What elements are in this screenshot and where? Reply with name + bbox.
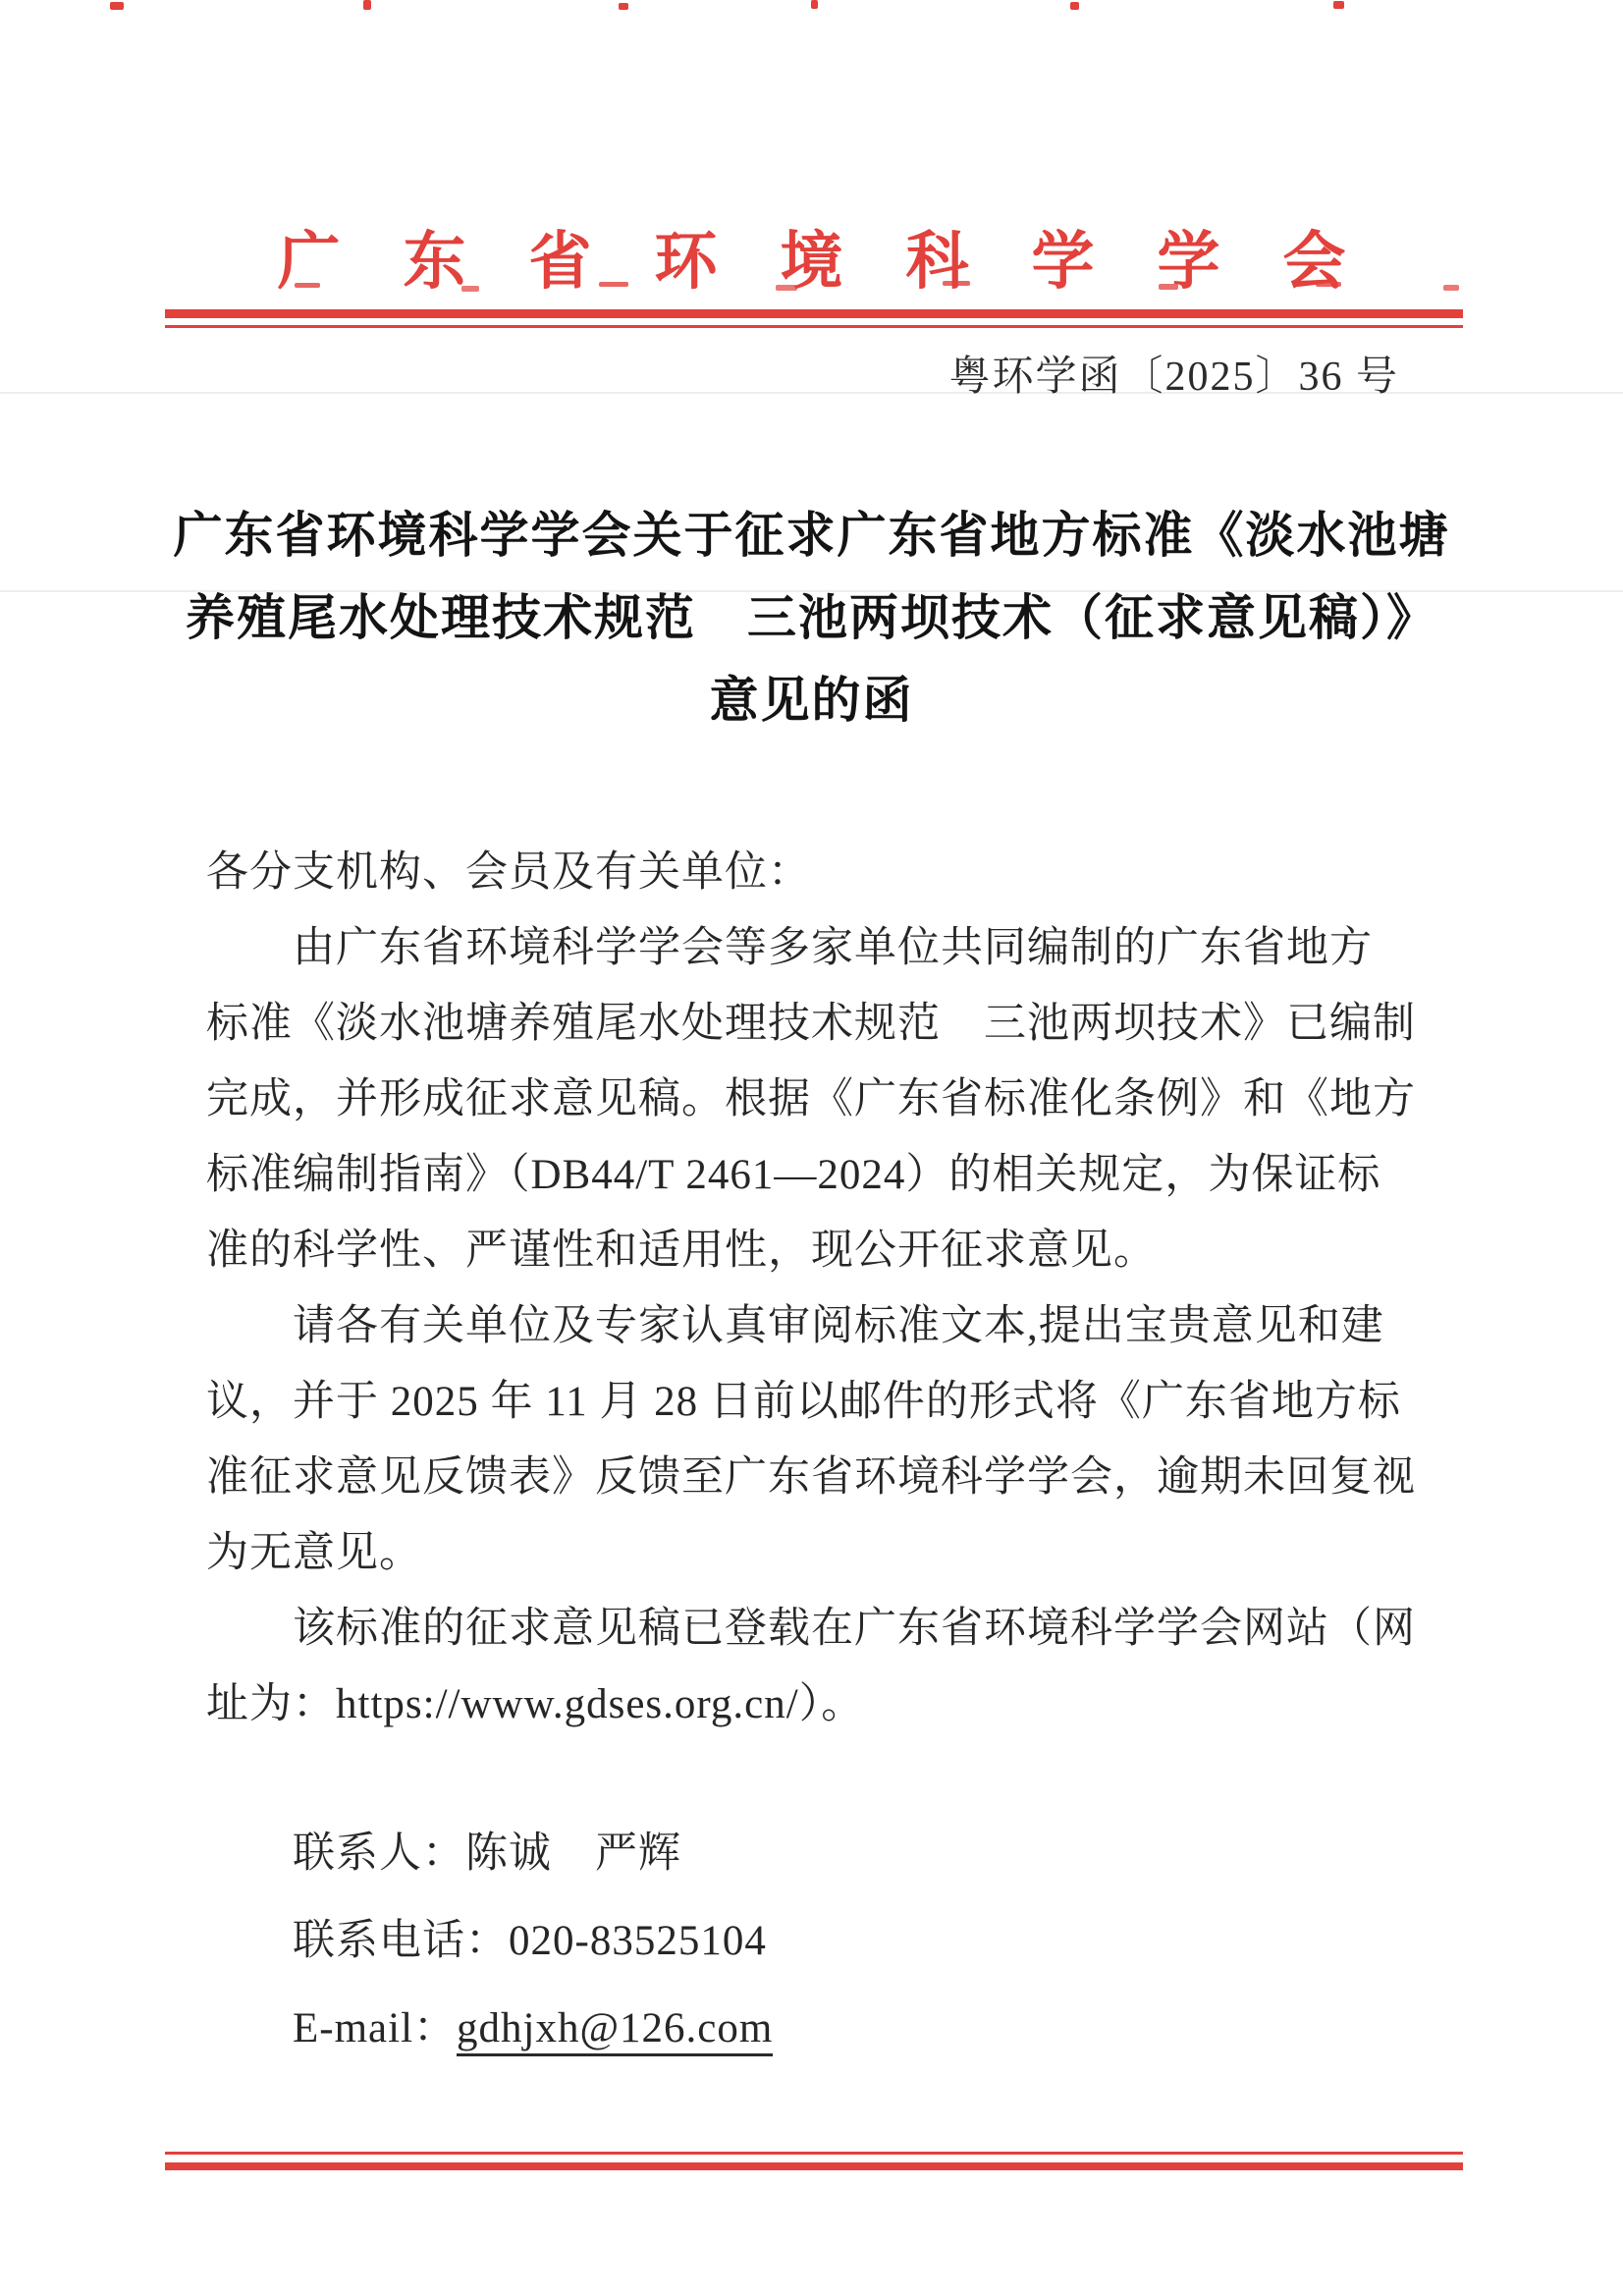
contact-email-line: E-mail：gdhjxh@126.com (293, 1985, 773, 2072)
contact-phone-line: 联系电话：020-83525104 (293, 1897, 773, 1985)
scan-artifact (1333, 1, 1344, 9)
body-line: 准征求意见反馈表》反馈至广东省环境科学学会，逾期未回复视 (206, 1440, 1424, 1515)
doc-number: 粤环学函〔2025〕36 号 (948, 344, 1399, 403)
header-rule-thick (165, 309, 1463, 318)
body-line: 标准《淡水池塘养殖尾水处理技术规范 三池两坝技术》已编制 (206, 986, 1424, 1062)
scanned-letter-page: { "document": { "org_title": "广东省环境科学学会"… (0, 0, 1623, 2296)
body-line: 完成，并形成征求意见稿。根据《广东省标准化条例》和《地方 (206, 1062, 1424, 1137)
scan-artifact (811, 0, 818, 9)
subject-line-1: 广东省环境科学学会关于征求广东省地方标准《淡水池塘 (0, 494, 1623, 576)
body-line: 议，并于 2025 年 11 月 28 日前以邮件的形式将《广东省地方标 (206, 1364, 1424, 1440)
contact-block: 联系人：陈诚 严辉 联系电话：020-83525104 E-mail：gdhjx… (293, 1810, 773, 2072)
body-line: 标准编制指南》（DB44/T 2461—2024）的相关规定，为保证标 (206, 1137, 1424, 1213)
body-line: 为无意见。 (206, 1515, 1424, 1591)
subject-title: 广东省环境科学学会关于征求广东省地方标准《淡水池塘 养殖尾水处理技术规范 三池两… (0, 494, 1623, 741)
email-address: gdhjxh@126.com (457, 2005, 773, 2056)
scan-artifact (1070, 2, 1079, 10)
org-title: 广东省环境科学学会 (0, 211, 1623, 301)
scan-artifact (363, 0, 371, 10)
footer-rule (165, 2152, 1463, 2170)
subject-line-3: 意见的函 (0, 659, 1623, 741)
header-rule (165, 309, 1463, 328)
body-line: 准的科学性、严谨性和适用性，现公开征求意见。 (206, 1213, 1424, 1288)
contact-person-line: 联系人：陈诚 严辉 (293, 1810, 773, 1897)
body-line: 该标准的征求意见稿已登载在广东省环境科学学会网站（网 (206, 1591, 1424, 1667)
scan-artifact (619, 3, 628, 10)
header-rule-thin (165, 325, 1463, 328)
body-line: 址为：https://www.gdses.org.cn/）。 (206, 1667, 1424, 1742)
email-label: E-mail： (293, 2005, 457, 2051)
body-line: 由广东省环境科学学会等多家单位共同编制的广东省地方 (206, 910, 1424, 986)
scan-artifact (110, 2, 124, 10)
subject-line-2: 养殖尾水处理技术规范 三池两坝技术（征求意见稿）》 (0, 576, 1623, 659)
body-line: 请各有关单位及专家认真审阅标准文本,提出宝贵意见和建 (206, 1288, 1424, 1364)
salutation: 各分支机构、会员及有关单位： (206, 835, 1424, 910)
footer-rule-thick (165, 2162, 1463, 2170)
letter-body: 各分支机构、会员及有关单位： 由广东省环境科学学会等多家单位共同编制的广东省地方… (206, 835, 1424, 1742)
